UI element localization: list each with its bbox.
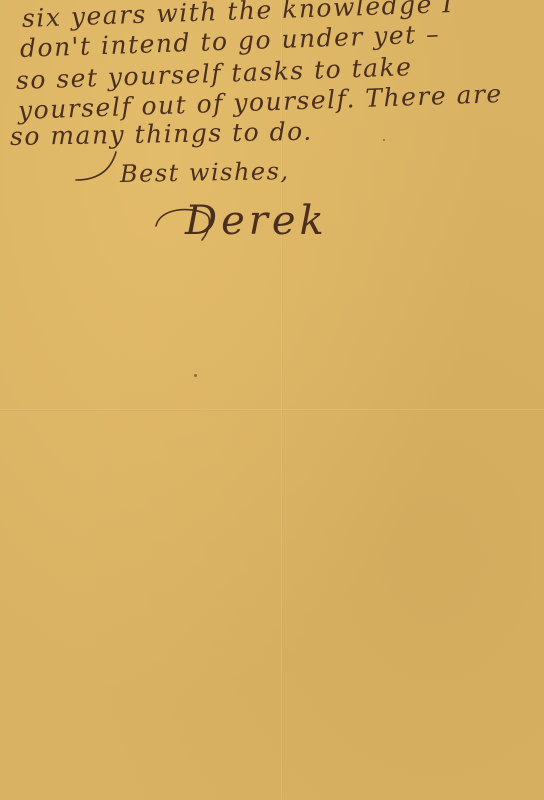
horizontal-fold-line: [0, 409, 544, 411]
ink-dot: [383, 139, 385, 141]
letter-line-5: so many things to do.: [10, 117, 313, 151]
letter-closing: Best wishes,: [120, 157, 290, 188]
letter-signature: Derek: [185, 198, 328, 244]
paper-speck: [194, 374, 197, 377]
